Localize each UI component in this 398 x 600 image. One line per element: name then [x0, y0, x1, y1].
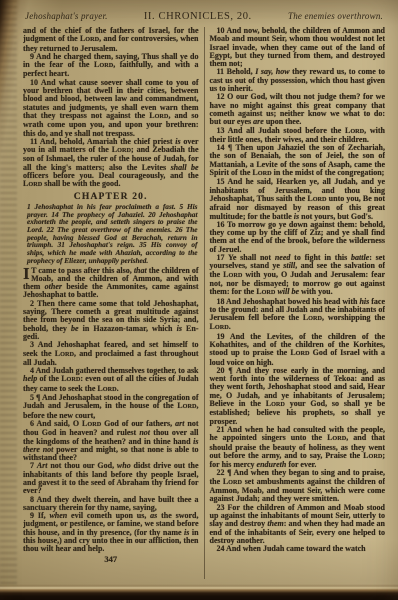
verse-paragraph: 3 And Jehoshaphat feared, and set himsel…: [23, 341, 199, 367]
verse-paragraph: 11 And, behold, Amariah the chief priest…: [23, 138, 199, 190]
lord-smallcaps: LORD: [345, 126, 364, 135]
running-head-right: The enemies overthrown.: [288, 11, 383, 21]
verse-paragraph: 2 Then there came some that told Jehosha…: [23, 300, 199, 341]
verse-paragraph: 4 And Judah gathered themselves together…: [23, 367, 199, 394]
verse-paragraph: IT came to pass after this also, that th…: [23, 267, 199, 300]
verse-paragraph: 11 Behold, I say, how they reward us, to…: [210, 68, 386, 93]
lord-smallcaps: LORD: [61, 374, 80, 383]
lord-smallcaps: LORD: [23, 179, 42, 188]
lord-smallcaps: LORD: [303, 313, 322, 322]
lord-smallcaps: LORD: [80, 34, 99, 43]
bible-page: Jehoshaphat's prayer. II. CHRONICLES, 20…: [0, 0, 398, 584]
lord-smallcaps: LORD: [210, 322, 229, 331]
page-bottom-edge: [0, 584, 398, 600]
verse-paragraph: 9 If, when evil cometh upon us, as the s…: [23, 512, 199, 553]
verse-paragraph: 7 Art not thou our God, who didst drive …: [23, 462, 199, 495]
lord-smallcaps: LORD: [94, 60, 113, 69]
lord-smallcaps: LORD: [327, 433, 346, 442]
verse-paragraph: 15 And he said, Hearken ye, all Judah, a…: [210, 178, 386, 220]
verse-paragraph: 6 And said, O LORD God of our fathers, a…: [23, 420, 199, 462]
lord-smallcaps: LORD: [82, 419, 101, 428]
book-title: II. CHRONICLES, 20.: [144, 11, 252, 22]
lord-smallcaps: LORD: [256, 287, 275, 296]
lord-smallcaps: LORD: [363, 451, 382, 460]
lord-smallcaps: LORD: [97, 384, 116, 393]
lord-smallcaps: LORD: [223, 477, 242, 486]
page-header: Jehoshaphat's prayer. II. CHRONICLES, 20…: [23, 11, 385, 22]
chapter-verses-continued: 10 And now, behold, the children of Ammo…: [210, 27, 386, 553]
chapter-heading: CHAPTER 20.: [23, 193, 199, 201]
verse-paragraph: 8 And they dwelt therein, and have built…: [23, 496, 199, 513]
verse-paragraph: 13 And all Judah stood before the LORD, …: [210, 127, 386, 145]
lord-smallcaps: LORD: [252, 168, 271, 177]
verse-paragraph: 9 And he charged them, saying, Thus shal…: [23, 53, 199, 79]
verse-paragraph: 18 And Jehoshaphat bowed his head with h…: [210, 298, 386, 333]
lord-smallcaps: LORD: [266, 399, 285, 408]
verse-paragraph: and of the chief of the fathers of Israe…: [23, 27, 199, 53]
verse-paragraph: 19 And the Levites, of the children of t…: [210, 333, 386, 367]
verse-paragraph: 10 And what cause soever shall come to y…: [23, 79, 199, 138]
lord-smallcaps: LORD: [177, 401, 196, 410]
text-columns: and of the chief of the fathers of Israe…: [23, 27, 385, 579]
lord-smallcaps: LORD: [223, 270, 242, 279]
verse-paragraph: 16 To morrow go ye down against them: be…: [210, 221, 386, 254]
lord-smallcaps: LORD: [55, 349, 74, 358]
drop-cap-letter: I: [23, 267, 31, 282]
verse-paragraph: 14 ¶ Then upon Jahaziel the son of Zecha…: [210, 144, 386, 178]
verse-paragraph: 22 ¶ And when they began to sing and to …: [210, 469, 386, 503]
lord-smallcaps: LORD: [290, 348, 309, 357]
verse-paragraph: 20 ¶ And they rose early in the morning,…: [210, 367, 386, 426]
verse-paragraph: 23 For the children of Ammon and Moab st…: [210, 504, 386, 545]
text-column-left: and of the chief of the fathers of Israe…: [23, 27, 204, 579]
running-head-left: Jehoshaphat's prayer.: [25, 11, 108, 21]
lord-smallcaps: LORD: [112, 145, 131, 154]
chapter-summary: 1 Jehoshaphat in his fear proclaimeth a …: [23, 203, 199, 265]
verse-paragraph: 24 And when Judah came toward the watch: [210, 545, 386, 553]
intro-verses: and of the chief of the fathers of Israe…: [23, 27, 199, 190]
verse-paragraph: 21 And when he had consulted with the pe…: [210, 426, 386, 469]
lord-smallcaps: LORD: [307, 194, 326, 203]
verse-paragraph: 10 And now, behold, the children of Ammo…: [210, 27, 386, 68]
verse-paragraph: 12 O our God, wilt thou not judge them? …: [210, 93, 386, 126]
verse-paragraph: 5 ¶ And Jehoshaphat stood in the congreg…: [23, 394, 199, 420]
lord-smallcaps: LORD: [149, 111, 168, 120]
page-number: 347: [23, 555, 199, 563]
text-column-right: 10 And now, behold, the children of Ammo…: [204, 27, 386, 579]
book-page-photo: Jehoshaphat's prayer. II. CHRONICLES, 20…: [0, 0, 398, 600]
verse-paragraph: 17 Ye shall not need to fight in this ba…: [210, 254, 386, 297]
chapter-verses: IT came to pass after this also, that th…: [23, 267, 199, 554]
